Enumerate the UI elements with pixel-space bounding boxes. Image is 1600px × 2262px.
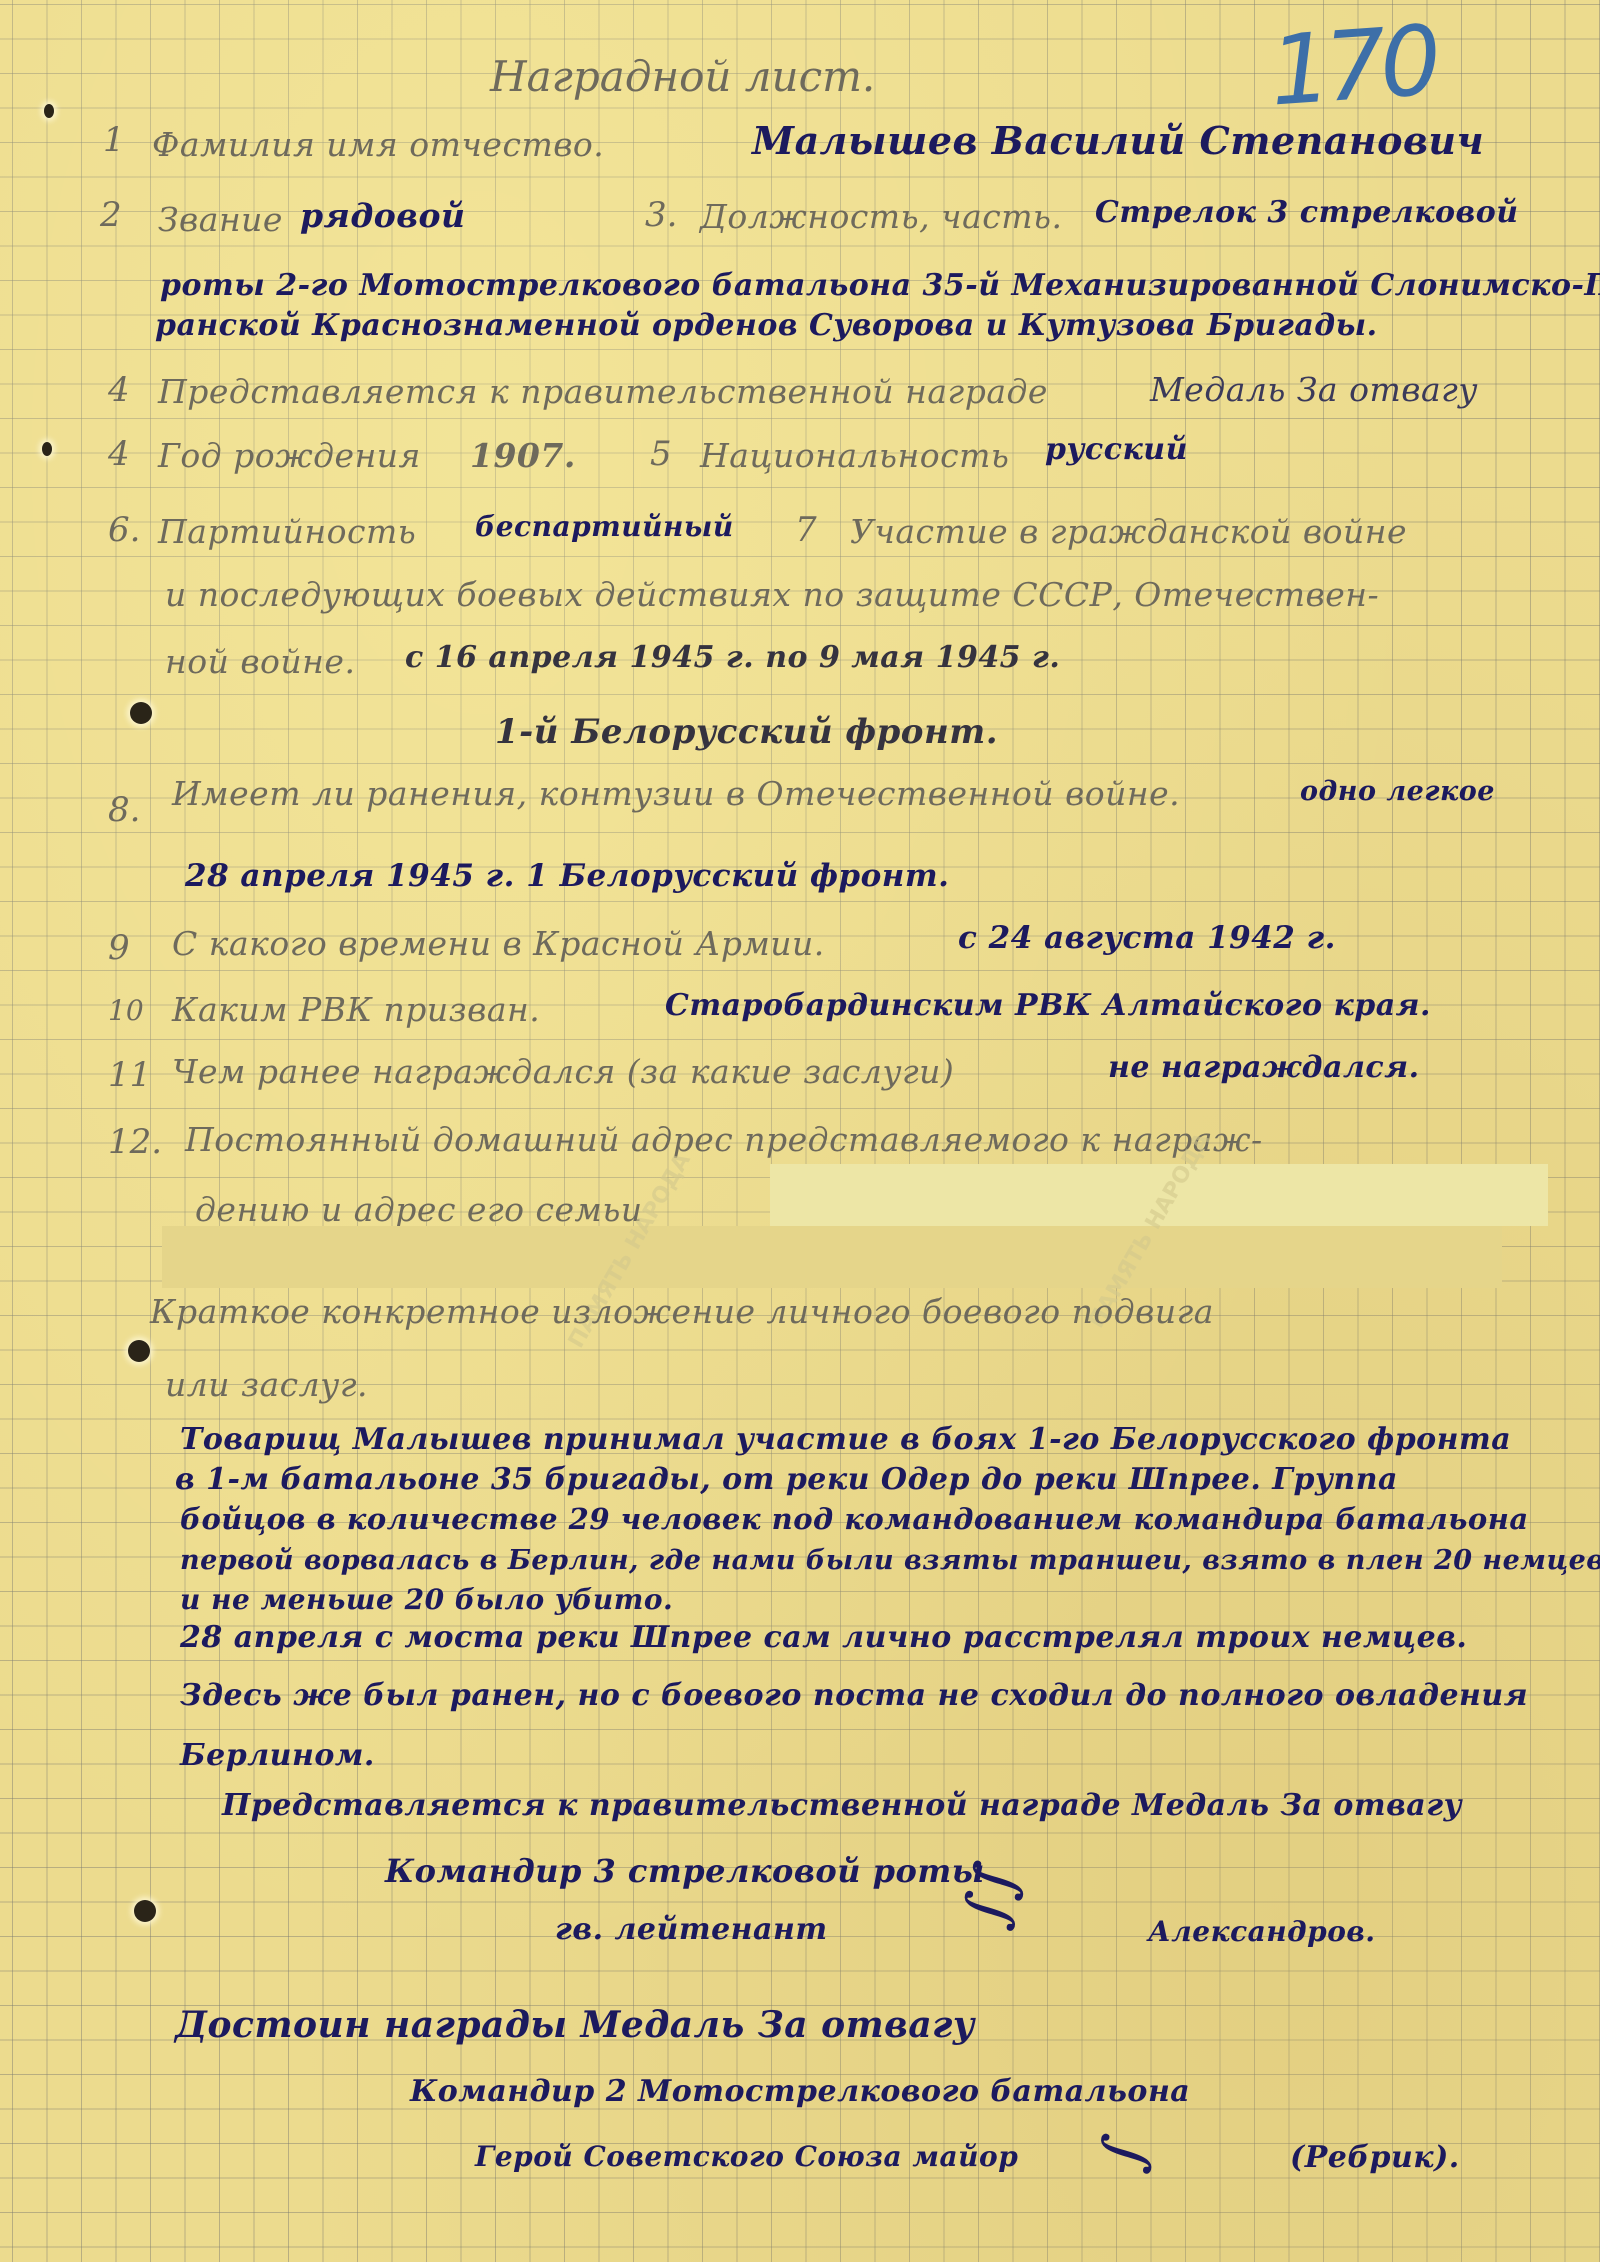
redaction-box — [162, 1226, 1502, 1288]
field-value-full-name: Малышев Василий Степанович — [752, 118, 1484, 163]
battalion-commander-rank: Герой Советского Союза майор — [475, 2140, 1018, 2173]
field-number: 12. — [108, 1122, 162, 1162]
narrative-line: Берлином. — [180, 1738, 375, 1773]
field-label-nationality: Национальность — [700, 436, 1009, 475]
field-label-civil-war-cont: ной войне. — [165, 642, 355, 681]
field-number: 6. — [108, 510, 140, 550]
company-commander-rank: гв. лейтенант — [555, 1912, 828, 1947]
field-value-nationality: русский — [1045, 432, 1188, 467]
field-value-wounds: одно легкое — [1300, 776, 1495, 807]
company-commander-name: Александров. — [1148, 1915, 1376, 1948]
battalion-commander-name: (Ребрик). — [1290, 2140, 1460, 2175]
field-number: 4 — [108, 434, 130, 474]
field-number: 4 — [108, 370, 130, 410]
endorsement: Достоин награды Медаль За отвагу — [175, 2004, 975, 2046]
field-value-position: Стрелок 3 стрелковой — [1095, 195, 1519, 230]
field-value-prior-awards: не награждался. — [1108, 1050, 1420, 1085]
battalion-commander-title: Командир 2 Мотострелкового батальона — [410, 2074, 1190, 2109]
narrative-line: 28 апреля с моста реки Шпрее сам лично р… — [180, 1620, 1467, 1655]
field-label-wounds: Имеет ли ранения, контузии в Отечественн… — [172, 774, 1180, 813]
field-number: 2 — [100, 195, 122, 235]
field-value-service-since: с 24 августа 1942 г. — [958, 920, 1336, 956]
field-value-rank: рядовой — [300, 196, 465, 235]
field-number: 8. — [108, 790, 140, 830]
field-value-war-period: с 16 апреля 1945 г. по 9 мая 1945 г. — [405, 640, 1060, 675]
document-title: Наградной лист. — [490, 52, 875, 101]
feat-heading-cont: или заслуг. — [165, 1365, 368, 1404]
field-label-position: Должность, часть. — [700, 197, 1062, 236]
narrative-line: бойцов в количестве 29 человек под коман… — [180, 1502, 1529, 1536]
field-number: 3. — [645, 195, 677, 235]
field-value-party: беспартийный — [475, 510, 734, 543]
field-number: 10 — [108, 994, 144, 1027]
field-value-position-cont: ранской Краснознаменной орденов Суворова… — [155, 308, 1378, 343]
field-label-award: Представляется к правительственной награ… — [158, 372, 1048, 411]
field-value-award: Медаль За отвагу — [1150, 370, 1478, 409]
field-value-front: 1-й Белорусский фронт. — [495, 712, 998, 752]
field-label-prior-awards: Чем ранее награждался (за какие заслуги) — [172, 1052, 954, 1091]
company-commander-title: Командир 3 стрелковой роты — [385, 1852, 985, 1890]
field-label-service-since: С какого времени в Красной Армии. — [172, 924, 825, 963]
field-number: 5 — [650, 434, 672, 474]
signature-company-commander: ∫∫ — [949, 1856, 1033, 1935]
narrative-line: и не меньше 20 было убито. — [180, 1583, 673, 1616]
feat-heading: Краткое конкретное изложение личного бое… — [150, 1292, 1214, 1331]
punch-hole — [44, 104, 54, 118]
punch-hole — [130, 702, 152, 724]
punch-hole — [134, 1900, 156, 1922]
archive-number: 170 — [1266, 4, 1439, 127]
field-number: 11 — [108, 1055, 151, 1095]
field-label-home-address-cont: дению и адрес его семьи — [195, 1190, 643, 1229]
punch-hole — [42, 442, 52, 456]
field-label-draft-office: Каким РВК призван. — [172, 990, 540, 1029]
field-label-full-name: Фамилия имя отчество. — [152, 125, 604, 164]
narrative-line: Здесь же был ранен, но с боевого поста н… — [180, 1678, 1528, 1713]
field-value-wounds-cont: 28 апреля 1945 г. 1 Белорусский фронт. — [185, 858, 949, 894]
field-label-party: Партийность — [158, 512, 416, 551]
field-value-position-cont: роты 2-го Мотострелкового батальона 35-й… — [160, 268, 1600, 303]
narrative-line: первой ворвалась в Берлин, где нами были… — [180, 1545, 1600, 1576]
field-number: 1 — [103, 120, 125, 160]
punch-hole — [128, 1340, 150, 1362]
field-value-draft-office: Старобардинским РВК Алтайского края. — [665, 988, 1431, 1023]
narrative-line: в 1-м батальоне 35 бригады, от реки Одер… — [175, 1462, 1398, 1497]
field-label-civil-war: Участие в гражданской войне — [850, 512, 1407, 551]
field-label-rank: Звание — [158, 200, 283, 239]
narrative-line: Товарищ Малышев принимал участие в боях … — [180, 1422, 1511, 1457]
signature-battalion-commander: ∫ — [1086, 2129, 1162, 2177]
field-number: 7 — [795, 510, 817, 550]
field-label-birth-year: Год рождения — [158, 436, 421, 475]
field-label-civil-war-cont: и последующих боевых действиях по защите… — [165, 575, 1379, 614]
field-number: 9 — [108, 928, 130, 968]
narrative-recommendation: Представляется к правительственной награ… — [222, 1788, 1462, 1823]
field-label-home-address: Постоянный домашний адрес представляемог… — [185, 1120, 1263, 1159]
field-value-birth-year: 1907. — [470, 436, 576, 475]
